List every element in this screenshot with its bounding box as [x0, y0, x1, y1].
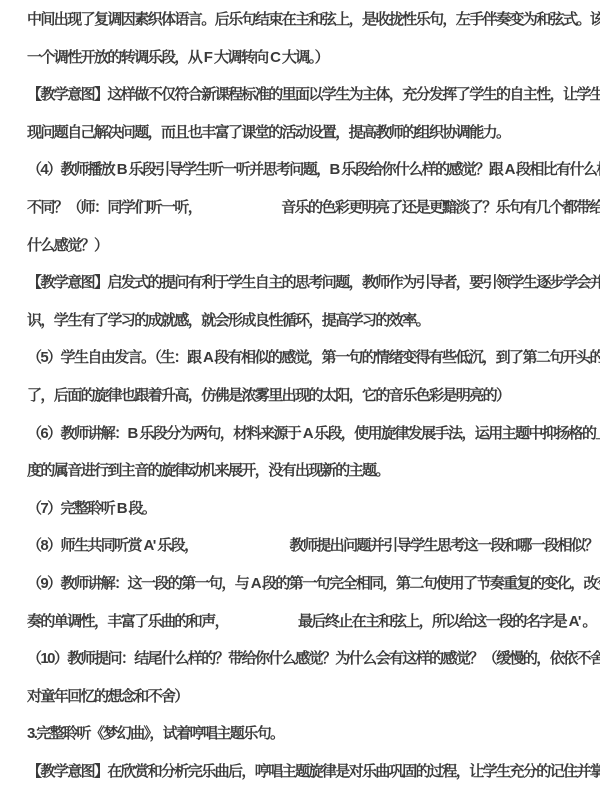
- text-segment: 奏的单调性，丰富了乐曲的和声，: [27, 613, 228, 630]
- text-line: （6）教师讲解：B 乐段分为两句，材料来源于 A 乐段，使用旋律发展手法，运用主…: [27, 415, 594, 453]
- text-segment: 不同？（师：同学们听一听，: [27, 199, 201, 216]
- text-line: 度的属音进行到主音的旋律动机来展开，没有出现新的主题。: [27, 452, 594, 490]
- text-line: 3.完整聆听《梦幻曲》，试着哼唱主题乐句。: [27, 715, 594, 753]
- text-segment: 最后终止在主和弦上，所以给这一段的名字是 A' 。: [298, 613, 596, 630]
- text-line: （8）师生共同听赏 A' 乐段，教师提出问题并引导学生思考这一段和哪一段相似？: [27, 527, 594, 565]
- text-line: 现问题自己解决问题，而且也丰富了课堂的活动设置，提高教师的组织协调能力。: [27, 114, 594, 152]
- text-line: 【教学意图】启发式的提问有利于学生自主的思考问题，教师作为引导者，要引领学生逐步…: [27, 264, 594, 302]
- text-line: 什么感觉？）: [27, 227, 594, 265]
- text-line: 识，学生有了学习的成就感，就会形成良性循环，提高学习的效率。: [27, 302, 594, 340]
- text-line: 奏的单调性，丰富了乐曲的和声，最后终止在主和弦上，所以给这一段的名字是 A' 。: [27, 603, 594, 641]
- blank-space: [197, 546, 289, 547]
- text-line: （7）完整聆听 B 段。: [27, 490, 594, 528]
- blank-space: [201, 208, 281, 209]
- text-line: 不同？（师：同学们听一听，音乐的色彩更明亮了还是更黯淡了？乐句有几个都带给你们: [27, 189, 594, 227]
- text-segment: 教师提出问题并引导学生思考这一段和哪一段相似？: [289, 537, 597, 554]
- document-page: 中间出现了复调因素织体语言。后乐句结束在主和弦上，是收拢性乐句，左手伴奏变为和弦…: [0, 0, 600, 791]
- text-segment: 音乐的色彩更明亮了还是更黯淡了？乐句有几个都带给你们: [281, 199, 600, 216]
- text-line: （10）教师提问：结尾什么样的？带给你什么感觉？为什么会有这样的感觉？（缓慢的，…: [27, 640, 594, 678]
- text-line: 了，后面的旋律也跟着升高，仿佛是浓雾里出现的太阳，它的音乐色彩是明亮的）: [27, 377, 594, 415]
- blank-space: [228, 621, 298, 622]
- text-line: （5）学生自由发言。（生：跟 A 段有相似的感觉，第一句的情绪变得有些低沉，到了…: [27, 339, 594, 377]
- text-line: 一个调性开放的转调乐段，从 F 大调转向 C 大调。）: [27, 39, 594, 77]
- text-segment: （8）师生共同听赏 A' 乐段，: [27, 537, 197, 554]
- text-line: 【教学意图】这样做不仅符合新课程标准的里面以学生为主体，充分发挥了学生的自主性，…: [27, 76, 594, 114]
- text-line: 中间出现了复调因素织体语言。后乐句结束在主和弦上，是收拢性乐句，左手伴奏变为和弦…: [27, 1, 594, 39]
- text-line: 对童年回忆的想念和不舍）: [27, 678, 594, 716]
- text-line: 【教学意图】在欣赏和分析完乐曲后，哼唱主题旋律是对乐曲巩固的过程，让学生充分的记…: [27, 753, 594, 791]
- text-line: （9）教师讲解：这一段的第一句，与 A 段的第一句完全相同，第二句使用了节奏重复…: [27, 565, 594, 603]
- text-line: （4）教师播放 B 乐段引导学生听一听并思考问题，B 乐段给你什么样的感觉？跟 …: [27, 151, 594, 189]
